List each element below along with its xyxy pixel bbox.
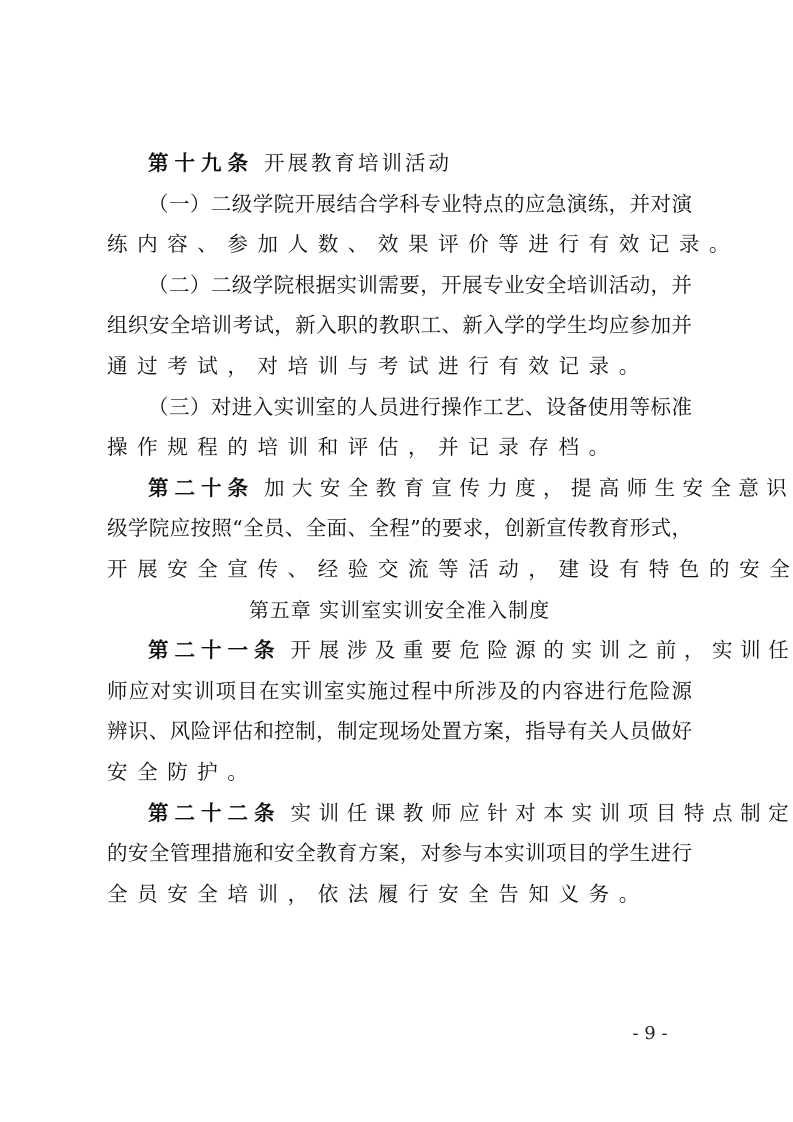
article-22-line-2: 的安全管理措施和安全教育方案，对参与本实训项目的学生进行 [107,833,692,874]
article-19-item-2-line-1: （二）二级学院根据实训需要，开展专业安全培训活动，并 [107,265,692,306]
article-20-heading: 第二十条 [148,476,254,500]
document-page: 第十九条开展教育培训活动 （一）二级学院开展结合学科专业特点的应急演练，并对演 … [107,143,692,914]
article-22-line-3: 全员安全培训，依法履行安全告知义务。 [107,874,692,915]
article-21-heading: 第二十一条 [148,638,281,662]
article-19-item-1-line-1: （一）二级学院开展结合学科专业特点的应急演练，并对演 [107,184,692,225]
article-19-item-2-line-2: 组织安全培训考试，新入职的教职工、新入学的学生均应参加并 [107,305,692,346]
article-21-line-4: 安全防护。 [107,752,692,793]
article-21-line-3: 辨识、风险评估和控制，制定现场处置方案，指导有关人员做好 [107,711,692,752]
article-19-title: 开展教育培训活动 [264,151,452,175]
article-21-text-1: 开展涉及重要危险源的实训之前，实训任课教 [291,638,793,662]
article-19-heading-line: 第十九条开展教育培训活动 [107,143,692,184]
article-22-heading: 第二十二条 [148,801,281,825]
article-19-item-2-line-3: 通过考试，对培训与考试进行有效记录。 [107,346,692,387]
article-20-text-1: 加大安全教育宣传力度，提高师生安全意识。二 [264,476,793,500]
page-number: - 9 - [620,1023,680,1044]
article-22-line-1: 第二十二条实训任课教师应针对本实训项目特点制定具体 [107,793,692,834]
article-22-text-1: 实训任课教师应针对本实训项目特点制定具体 [291,801,793,825]
article-19-heading: 第十九条 [148,151,254,175]
article-19-item-1-line-2: 练内容、参加人数、效果评价等进行有效记录。 [107,224,692,265]
article-21-line-1: 第二十一条开展涉及重要危险源的实训之前，实训任课教 [107,630,692,671]
chapter-5-title: 第五章 实训室实训安全准入制度 [107,590,692,631]
article-19-item-3-line-2: 操作规程的培训和评估，并记录存档。 [107,427,692,468]
article-20-line-1: 第二十条加大安全教育宣传力度，提高师生安全意识。二 [107,468,692,509]
article-21-line-2: 师应对实训项目在实训室实施过程中所涉及的内容进行危险源 [107,671,692,712]
article-20-line-3: 开展安全宣传、经验交流等活动，建设有特色的安全文化。 [107,549,692,590]
article-20-line-2: 级学院应按照“全员、全面、全程”的要求，创新宣传教育形式， [107,508,692,549]
article-19-item-3-line-1: （三）对进入实训室的人员进行操作工艺、设备使用等标准 [107,387,692,428]
